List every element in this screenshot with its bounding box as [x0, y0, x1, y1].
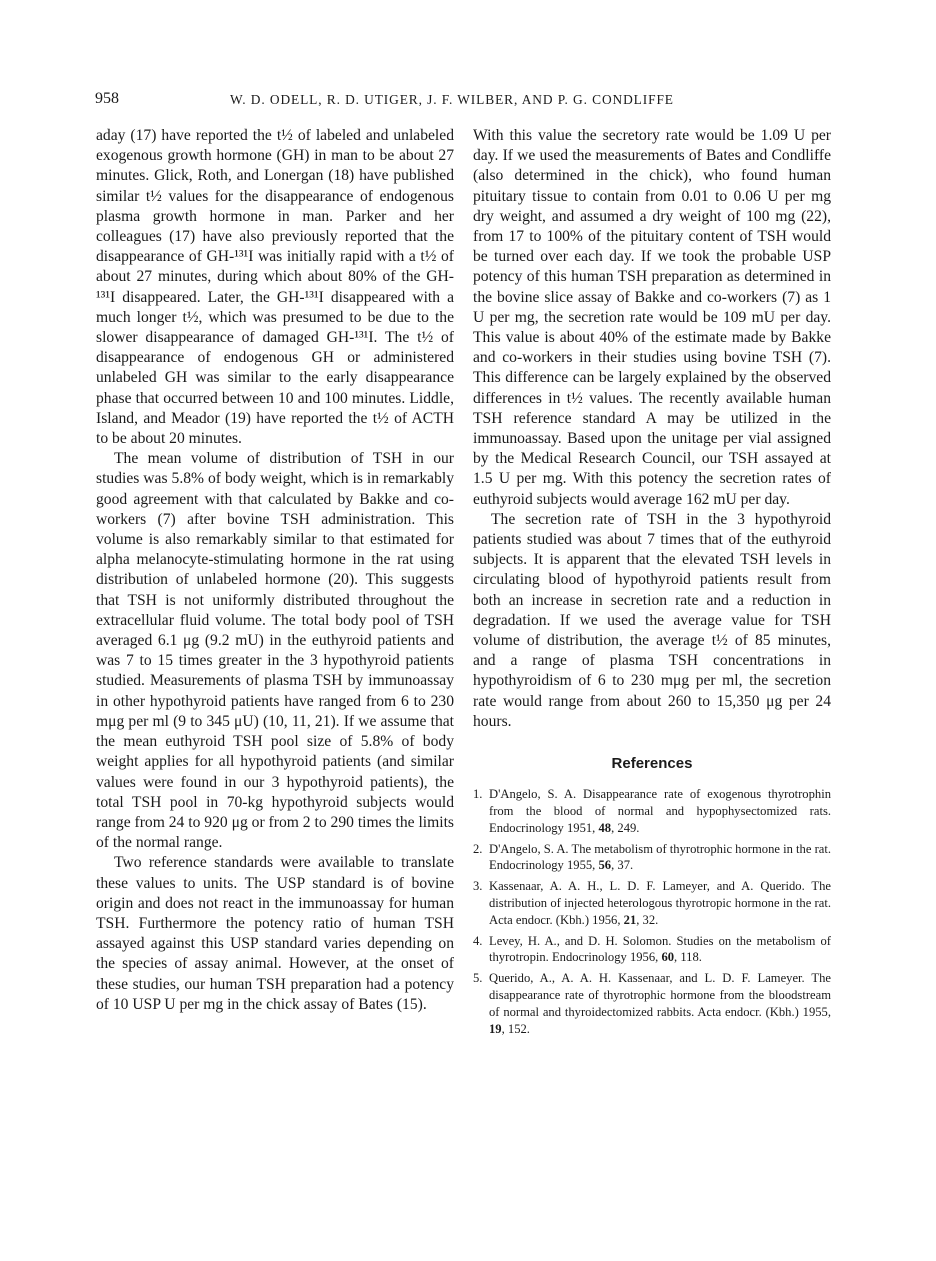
reference-text: D'Angelo, S. A. The metabolism of thyrot…	[489, 842, 831, 873]
paragraph-reference-standards: Two reference standards were available t…	[96, 853, 454, 1015]
page-number: 958	[95, 90, 119, 108]
reference-pages: , 118.	[674, 950, 702, 964]
reference-item: 1. D'Angelo, S. A. Disappearance rate of…	[473, 786, 831, 836]
reference-number: 4.	[473, 933, 489, 967]
reference-pages: , 249.	[611, 821, 639, 835]
reference-pages: , 37.	[611, 858, 633, 872]
reference-item: 4. Levey, H. A., and D. H. Solomon. Stud…	[473, 933, 831, 967]
paragraph-hypothyroid-secretion: The secretion rate of TSH in the 3 hypot…	[473, 510, 831, 732]
reference-number: 1.	[473, 786, 489, 836]
paragraph-continued: aday (17) have reported the t½ of labele…	[96, 126, 454, 449]
references-list: 1. D'Angelo, S. A. Disappearance rate of…	[473, 786, 831, 1037]
reference-number: 2.	[473, 841, 489, 875]
left-column: aday (17) have reported the t½ of labele…	[96, 126, 454, 1015]
reference-volume: 21	[624, 913, 637, 927]
reference-volume: 19	[489, 1022, 502, 1036]
paragraph-secretory-rate: With this value the secretory rate would…	[473, 126, 831, 510]
reference-item: 3. Kassenaar, A. A. H., L. D. F. Lameyer…	[473, 878, 831, 928]
reference-number: 3.	[473, 878, 489, 928]
reference-pages: , 32.	[636, 913, 658, 927]
reference-pages: , 152.	[502, 1022, 530, 1036]
reference-item: 2. D'Angelo, S. A. The metabolism of thy…	[473, 841, 831, 875]
reference-volume: 60	[661, 950, 674, 964]
reference-volume: 48	[599, 821, 612, 835]
references-heading: References	[473, 754, 831, 774]
reference-item: 5. Querido, A., A. A. H. Kassenaar, and …	[473, 970, 831, 1037]
reference-text: Levey, H. A., and D. H. Solomon. Studies…	[489, 934, 831, 965]
right-column: With this value the secretory rate would…	[473, 126, 831, 1041]
reference-number: 5.	[473, 970, 489, 1037]
running-head-authors: W. D. ODELL, R. D. UTIGER, J. F. WILBER,…	[230, 92, 674, 108]
reference-text: Kassenaar, A. A. H., L. D. F. Lameyer, a…	[489, 879, 831, 927]
reference-text: Querido, A., A. A. H. Kassenaar, and L. …	[489, 971, 831, 1019]
page-header: 958 W. D. ODELL, R. D. UTIGER, J. F. WIL…	[95, 90, 875, 112]
reference-text: D'Angelo, S. A. Disappearance rate of ex…	[489, 787, 831, 835]
reference-volume: 56	[599, 858, 612, 872]
paragraph-volume-distribution: The mean volume of distribution of TSH i…	[96, 449, 454, 853]
